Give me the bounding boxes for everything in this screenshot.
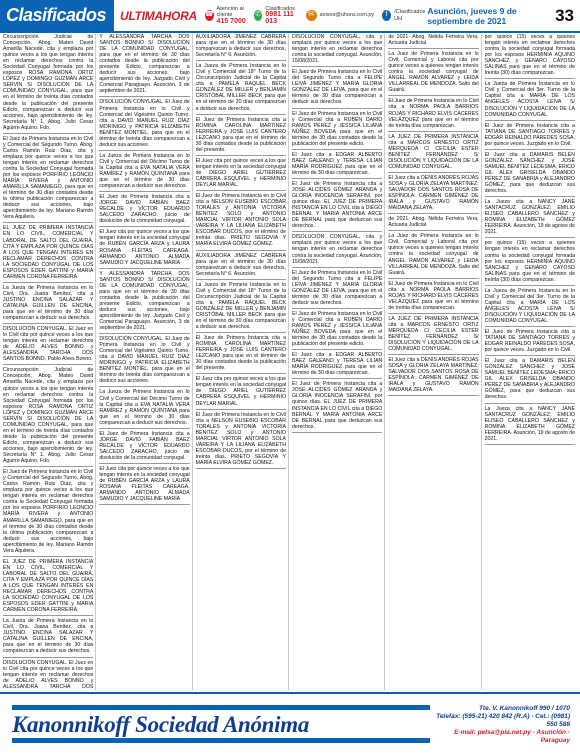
- notice: Circunscripción Judicial de Concepción, …: [3, 367, 93, 467]
- notice: DISOLUCIÓN CONYUGAL, cita y emplaza por …: [292, 234, 382, 267]
- notice: EL JUEZ DE PRIMERA INSTANCIA EN LO CIVIL…: [3, 559, 93, 616]
- notice: El Juez de Primera Instancia en lo Civil…: [3, 136, 93, 224]
- footer-advertisement: Kanonnikoff Sociedad Anónima Tte. V. Kan…: [0, 692, 580, 756]
- ad-brand: Kanonnikoff Sociedad Anónima: [0, 705, 430, 745]
- notice: La Jueza cita a NANCY JANE SANTACRUZ GON…: [485, 199, 575, 238]
- page-header: Clasificados ULTIMAHORA ☎ Atención al cl…: [0, 0, 580, 31]
- page-number: 33: [555, 6, 574, 26]
- notice: Circunscripción Judicial de Concepción, …: [3, 34, 93, 134]
- notice: La Juez de Primera Instancia en lo Civil…: [388, 233, 478, 278]
- notice: EL JUEZ DE PRIMERA INSTANCIA EN LO CIVIL…: [3, 225, 93, 282]
- notice: Y ALESSANDRA TARCHA DOS SANTOS BONNO S/ …: [99, 34, 189, 97]
- notice: El Juez cita a DENIS ANDRÉS ROJAS SOSA y…: [388, 175, 478, 214]
- notice: AUXILIADORA JIMÉNEZ CABRERA para que en …: [196, 253, 286, 280]
- notice: El Juez de Primera Instancia cita a TATI…: [485, 123, 575, 150]
- notice: DISOLUCIÓN CONYUGAL, cita y emplaza por …: [292, 34, 382, 67]
- ad-email: E-mail: pelsa@pla.net.py - Asunción - Pa…: [430, 729, 570, 745]
- notice: La Jueza de Primera Instancia en lo Civi…: [196, 63, 286, 114]
- notice: LA JUEZ DE PRIMERA INSTANCIA cita a MARC…: [388, 134, 478, 173]
- notice: El Juez cita por quince veces a los que …: [196, 376, 286, 409]
- notice: El Juez de Primera Instancia en lo Civil…: [292, 69, 382, 108]
- notice: El Juez de Primera Instancia en lo Civil…: [196, 193, 286, 250]
- notice: La Jueza de Primera Instancia en lo Civi…: [196, 282, 286, 333]
- notice: DISOLUCIÓN CONYUGAL. El Juez en lo Civil…: [3, 326, 93, 365]
- contact-customer-service: ☎ Atención al cliente415 7000: [205, 6, 246, 26]
- ad-stripe: [12, 705, 430, 710]
- notice: El Juez cita por quince veces a los que …: [99, 466, 189, 505]
- notice: El Juez de Primera Instancia cita a JOSÉ…: [292, 381, 382, 432]
- column-2: Y ALESSANDRA TARCHA DOS SANTOS BONNO S/ …: [99, 34, 192, 690]
- notice: por quince (15) veces a quienes tengan i…: [485, 34, 575, 79]
- notice: El Juez cita a DENIS ANDRÉS ROJAS SOSA y…: [388, 357, 478, 396]
- notice: El Juez de Primera Instancia en lo Civil…: [292, 270, 382, 309]
- column-4: DISOLUCIÓN CONYUGAL, cita y emplaza por …: [292, 34, 385, 690]
- issue-date: Asunción, jueves 9 de septiembre de 2021: [427, 6, 547, 26]
- notice: El Juez de Primera Instancia cita a ROMI…: [196, 335, 286, 374]
- ad-phones: Telefax: (595-21) 420 842 (R.A) - Cel.: …: [430, 713, 570, 729]
- notice: El Juez cita por quince veces a los que …: [99, 229, 189, 268]
- notice: DISOLUCIÓN CONYUGAL. El Juez de Primera …: [99, 336, 189, 387]
- ad-contact-info: Tte. V. Kanonnikoff 990 / 1070 Telefax: …: [430, 705, 580, 745]
- classifieds-columns: Circunscripción Judicial de Concepción, …: [3, 34, 577, 690]
- notice: La Jueza de Primera Instancia en lo Civi…: [99, 389, 189, 428]
- notice: El Juez cita por quince veces a los que …: [196, 158, 286, 191]
- notice: El Juez de Primera Instancia cita a JORG…: [99, 194, 189, 227]
- ad-stripe: [12, 738, 430, 743]
- ad-address: Tte. V. Kanonnikoff 990 / 1070: [430, 705, 570, 713]
- notice: El Juez cita a EDGAR ALBERTO BAEZ GALEAN…: [292, 152, 382, 179]
- notice: La Jueza de Primera Instancia en lo Civi…: [3, 285, 93, 324]
- contact-whatsapp: ✆ Clasificados0981 111 013: [254, 6, 298, 26]
- email-icon: ✉: [306, 10, 317, 21]
- notice: AUXILIADORA JIMÉNEZ CABRERA para que en …: [196, 34, 286, 61]
- phone-icon: ☎: [205, 10, 214, 21]
- notice: DISOLUCIÓN CONYUGAL. El Juez en lo Civil…: [3, 660, 93, 691]
- section-title: Clasificados: [0, 0, 114, 31]
- notice: El Juez de Primera Instancia en lo Civil…: [292, 111, 382, 150]
- column-3: AUXILIADORA JIMÉNEZ CABRERA para que en …: [196, 34, 289, 690]
- notice: El Juez cita a DAMARIS BELÉN GONZÁLEZ SÁ…: [485, 358, 575, 403]
- contact-email: ✉ avisos@uhora.com.py: [306, 10, 375, 21]
- facebook-icon: f: [382, 10, 391, 21]
- notice: La Juez de Primera Instancia en lo Civil…: [388, 51, 478, 96]
- notice: El Juez de Primera Instancia cita a JOSÉ…: [292, 181, 382, 232]
- notice: La Jueza de Primera Instancia en lo Civi…: [3, 618, 93, 657]
- notice: La Jueza de Primera Instancia en lo Civi…: [99, 153, 189, 192]
- notice: El Juez de Primera Instancia cita a TATI…: [485, 329, 575, 356]
- notice: El Juez de Primera Instancia cita a JORG…: [99, 431, 189, 464]
- header-rule: [0, 31, 580, 33]
- notice: El Juez de Primera Instancia en lo Civil…: [388, 98, 478, 131]
- column-6: por quince (15) veces a quienes tengan i…: [485, 34, 577, 690]
- notice: El Juez cita a EDGAR ALBERTO BAEZ GALEAN…: [292, 352, 382, 379]
- notice: El Juez de Primera Instancia en lo Civil…: [388, 281, 478, 314]
- firm-name: Kanonnikoff Sociedad Anónima: [12, 712, 430, 738]
- notice: El Juez de Primera Instancia en lo Civil…: [3, 469, 93, 557]
- notice: LA JUEZ DE PRIMERA INSTANCIA cita a MARC…: [388, 316, 478, 355]
- notice: de 2021. Abog. Nélida Ferreira Vera, Act…: [388, 34, 478, 49]
- newspaper-logo: ULTIMAHORA: [120, 9, 197, 23]
- column-5: de 2021. Abog. Nélida Ferreira Vera, Act…: [388, 34, 481, 690]
- contact-facebook: f /Clasificados UH: [382, 9, 427, 22]
- notice: El Juez de Primera Instancia en lo Civil…: [196, 412, 286, 469]
- notice: La Jueza de Primera Instancia en lo Civi…: [485, 288, 575, 327]
- whatsapp-icon: ✆: [254, 10, 262, 21]
- notice: de 2021. Abog. Nélida Ferreira Vera, Act…: [388, 216, 478, 231]
- column-1: Circunscripción Judicial de Concepción, …: [3, 34, 96, 690]
- notice: El Juez de Primera Instancia cita a ROMI…: [196, 117, 286, 156]
- notice: Y ALESSANDRA TARCHA DOS SANTOS BONNO S/ …: [99, 271, 189, 334]
- notice: El Juez cita a DAMARIS BELÉN GONZÁLEZ SÁ…: [485, 152, 575, 197]
- notice: El Juez de Primera Instancia en lo Civil…: [292, 311, 382, 350]
- notice: DISOLUCIÓN CONYUGAL. El Juez de Primera …: [99, 99, 189, 150]
- notice: La Jueza cita a NANCY JANE SANTACRUZ GON…: [485, 406, 575, 445]
- notice: La Jueza de Primera Instancia en lo Civi…: [485, 81, 575, 120]
- notice: por quince (15) veces a quienes tengan i…: [485, 240, 575, 285]
